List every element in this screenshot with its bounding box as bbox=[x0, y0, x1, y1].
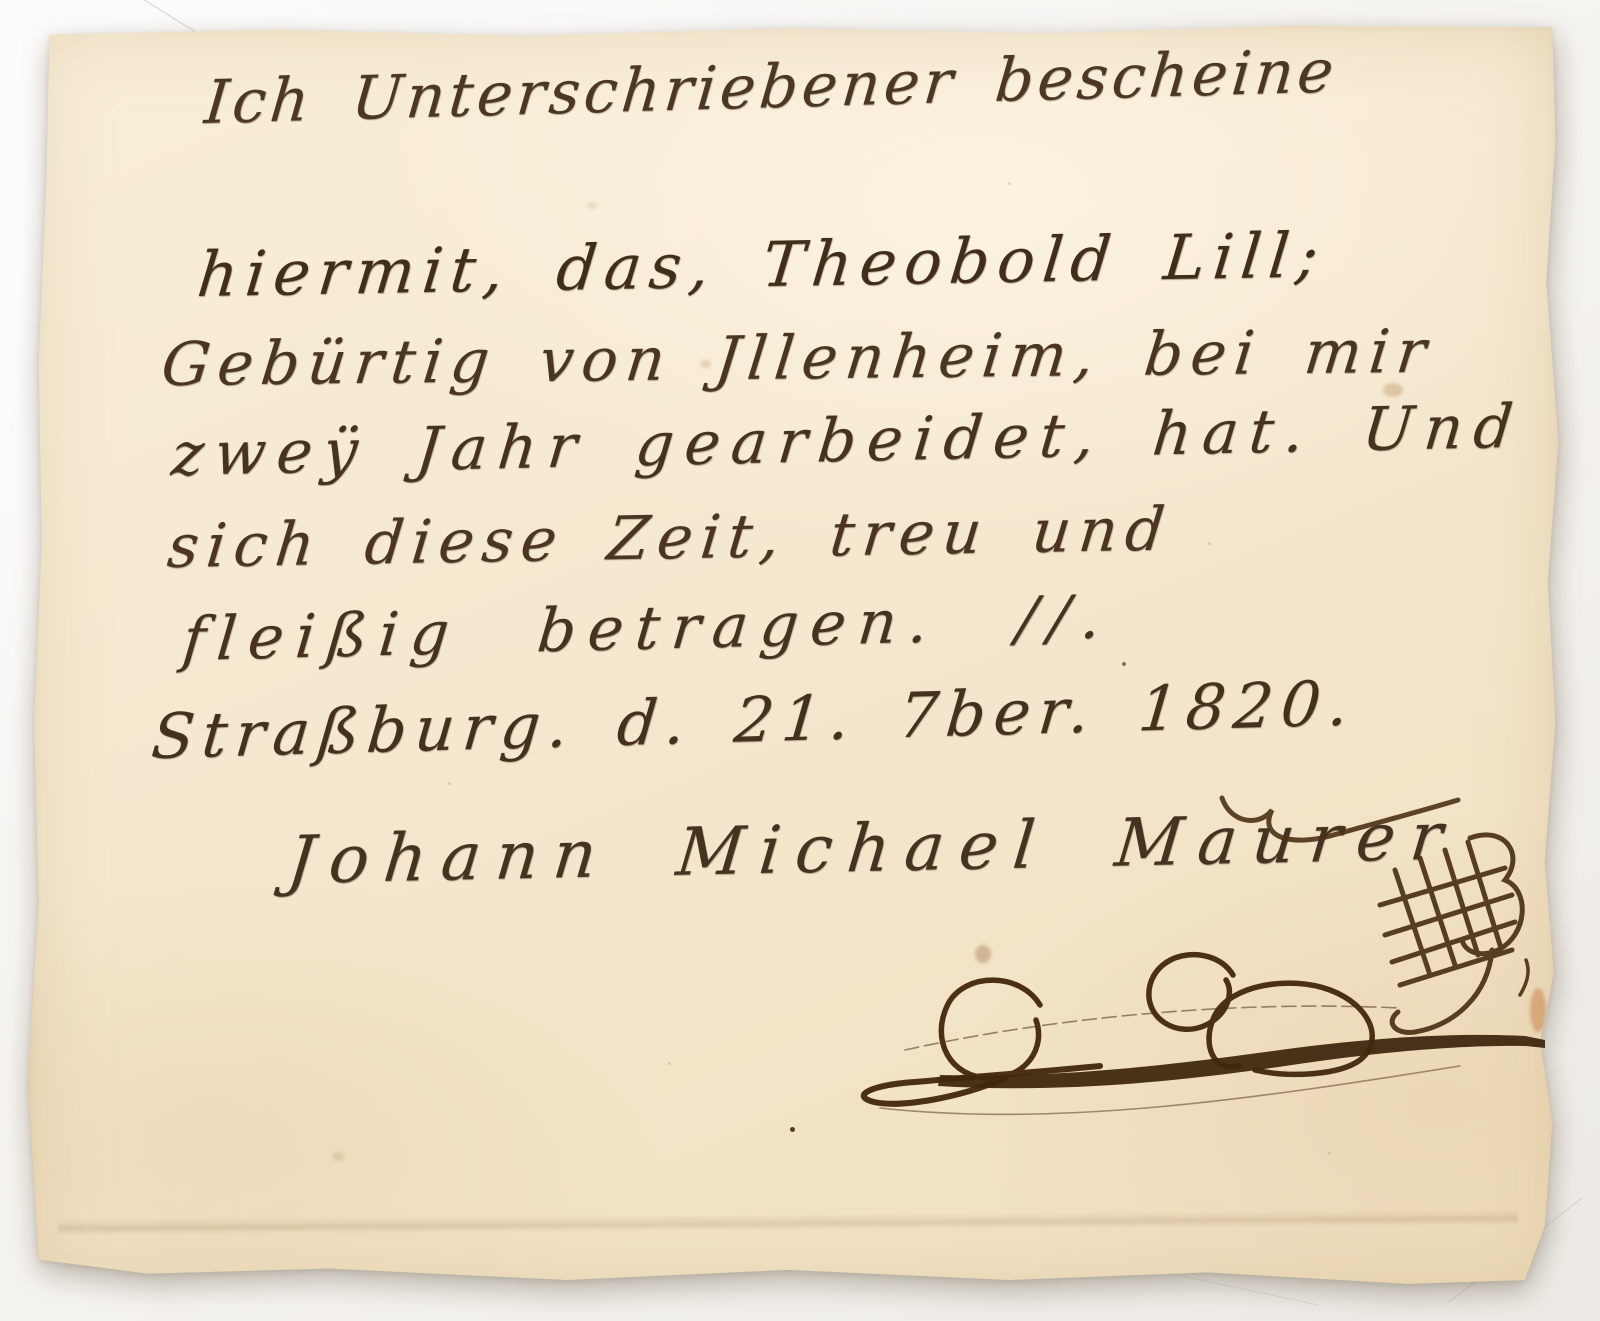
foxing-spot bbox=[975, 945, 991, 963]
manuscript-line-3: Gebürtig von Jllenheim, bei mir bbox=[158, 317, 1437, 400]
photo-background: Ich Unterschriebener bescheine hiermit, … bbox=[0, 0, 1600, 1321]
foxing-spot bbox=[332, 1152, 344, 1161]
manuscript-line-5: sich diese Zeit, treu und bbox=[164, 494, 1175, 582]
paper-shadow-wrap: Ich Unterschriebener bescheine hiermit, … bbox=[0, 0, 1600, 1321]
paper-fiber bbox=[668, 1062, 671, 1065]
paper-fiber bbox=[1008, 182, 1011, 185]
foxing-spot bbox=[588, 202, 597, 209]
signature-line: Johann Michael Maurer bbox=[284, 797, 1461, 899]
ink-speck bbox=[790, 1127, 795, 1132]
manuscript-line-4: zweÿ Jahr gearbeidet, hat. Und bbox=[168, 392, 1526, 490]
paper-fiber bbox=[1328, 1152, 1331, 1155]
paper-crease bbox=[58, 1209, 1518, 1235]
ink-speck bbox=[1122, 662, 1126, 666]
manuscript-paper: Ich Unterschriebener bescheine hiermit, … bbox=[28, 22, 1560, 1294]
manuscript-line-6: fleißig betragen. //. bbox=[180, 582, 1116, 675]
manuscript-line-2: hiermit, das, Theobold Lill; bbox=[194, 218, 1330, 311]
paper-fiber bbox=[448, 782, 451, 785]
paper-fiber bbox=[1208, 542, 1211, 545]
foxing-spot bbox=[1530, 988, 1546, 1032]
manuscript-line-1: Ich Unterschriebener bescheine bbox=[202, 36, 1341, 138]
date-line: Straßburg. d. 21. 7ber. 1820. bbox=[149, 666, 1360, 773]
